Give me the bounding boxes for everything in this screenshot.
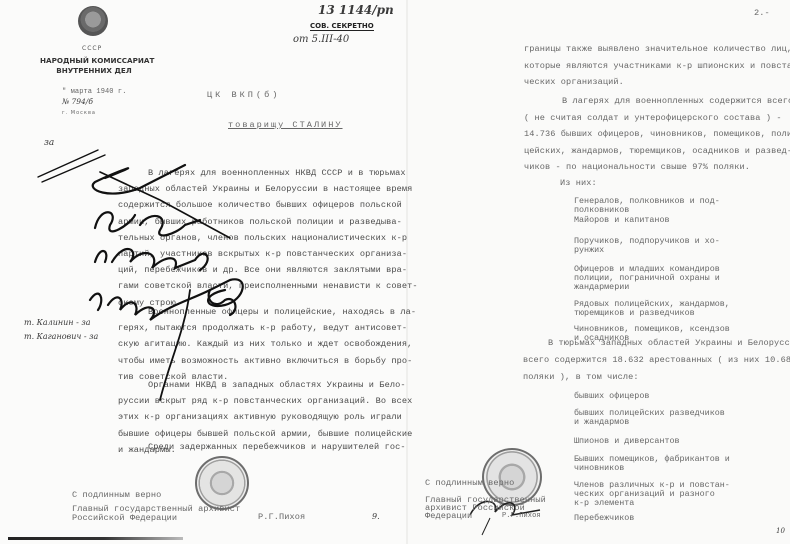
body-line: скую агитацию. Каждый из них только и жд…	[118, 339, 412, 349]
margin-note: т. Каганович - за	[24, 332, 98, 341]
archivist-name: Р.Г.Пихоя	[258, 512, 305, 522]
secrecy-label: СОВ. СЕКРЕТНО	[310, 22, 374, 31]
body-line: бывшие офицеры бывшей польской армии, бы…	[118, 429, 412, 439]
page-number: 9.	[372, 512, 380, 521]
signature-note: за	[44, 138, 54, 148]
body-line: партий, участников вскрытых к-р повстанч…	[118, 249, 407, 259]
page-marker: 2.-	[754, 8, 770, 18]
certification-line: С подлинным верно	[72, 490, 161, 500]
body-line: В тюрьмах западных областей Украины и Бе…	[548, 338, 790, 348]
statistics-label: Офицеров и младших командиров полиции, п…	[574, 265, 774, 292]
body-line: руссии вскрыт ряд к-р повстанческих орга…	[118, 396, 412, 406]
scan-edge	[8, 537, 183, 540]
letter-number: № 794/б	[62, 97, 93, 106]
registration-number: 13 1144/рп	[318, 3, 394, 17]
body-line: этих к-р организациях активную руководящ…	[118, 412, 402, 422]
letterhead-org-line1: НАРОДНЫЙ КОМИССАРИАТ	[40, 56, 148, 65]
body-line: цейских, жандармов, тюремщиков, осаднико…	[524, 146, 790, 156]
certification-line: Федерации	[425, 512, 472, 520]
body-line: гами советской власти, преисполненными н…	[118, 281, 418, 291]
page-number: 10	[776, 527, 785, 535]
certification-line: С подлинным верно	[425, 478, 514, 488]
statistics-label: Членов различных к-р и повстан- ческих о…	[574, 481, 774, 508]
statistics-label: бывших офицеров	[574, 392, 774, 401]
body-line: ций, перебежчиков и др. Все они являются…	[118, 265, 407, 275]
body-line: поляки ), в том числе:	[523, 372, 639, 382]
body-line: которые являются участниками к-р шпионск…	[524, 61, 790, 71]
body-line: Органами НКВД в западных областях Украин…	[148, 380, 406, 390]
registration-date: от 5.III-40	[293, 34, 349, 45]
ussr-emblem-icon	[78, 6, 108, 36]
addressee-org: ЦК ВКП(б)	[207, 90, 280, 100]
body-line: чиков - по национальности свыше 97% поля…	[524, 162, 750, 172]
margin-note: т. Калинин - за	[24, 318, 91, 327]
body-line: западных областей Украины и Белоруссии в…	[118, 184, 412, 194]
body-line: ческих организаций.	[524, 77, 624, 87]
body-line: В лагерях для военнопленных НКВД СССР и …	[148, 168, 406, 178]
addressee: товарищу СТАЛИНУ	[228, 120, 343, 130]
certification-line: Главный государственный архивист	[72, 505, 240, 513]
statistics-label: бывших полицейских разведчиков и жандарм…	[574, 409, 774, 427]
statistics-label: Перебежчиков	[574, 514, 774, 523]
body-line: В лагерях для военнопленных содержится в…	[562, 96, 790, 106]
archivist-name: Р.Г.Пихоя	[502, 512, 541, 520]
body-line: армии, бывших работников польской полици…	[118, 217, 402, 227]
body-line: всего содержится 18.632 арестованных ( и…	[523, 355, 790, 365]
camp-intro: Из них:	[560, 178, 597, 188]
body-line: тельных органов, членов польских национа…	[118, 233, 407, 243]
letter-city: г. Москва	[62, 110, 96, 116]
body-line: чтобы иметь возможность активно включить…	[118, 356, 412, 366]
body-line: Военнопленные офицеры и полицейские, нах…	[148, 307, 416, 317]
statistics-label: Генералов, полковников и под- полковнико…	[574, 197, 774, 215]
statistics-label: Поручиков, подпоручиков и хо- рунжих	[574, 237, 774, 255]
body-line: герях, пытаются продолжать к-р работу, в…	[118, 323, 407, 333]
body-line: Среди задержанных перебежчиков и нарушит…	[148, 442, 406, 452]
body-line: ( не считая солдат и унтерофицерского со…	[524, 113, 782, 123]
statistics-label: Шпионов и диверсантов	[574, 437, 774, 446]
letterhead-org-line2: ВНУТРЕННИХ ДЕЛ	[40, 66, 148, 75]
body-line: 14.736 бывших офицеров, чиновников, поме…	[524, 129, 790, 139]
certification-line: Российской Федерации	[72, 513, 177, 523]
body-line: границы также выявлено значительное коли…	[524, 44, 790, 54]
statistics-label: Бывших помещиков, фабрикантов и чиновник…	[574, 455, 774, 473]
statistics-label: Майоров и капитанов	[574, 216, 774, 225]
body-line: содержится большое количество бывших офи…	[118, 200, 402, 210]
letter-date: " марта 1940 г.	[62, 88, 127, 96]
statistics-label: Рядовых полицейских, жандармов, тюремщик…	[574, 300, 774, 318]
archive-seal-stamp	[195, 456, 249, 510]
letterhead-country: СССР	[82, 45, 102, 52]
